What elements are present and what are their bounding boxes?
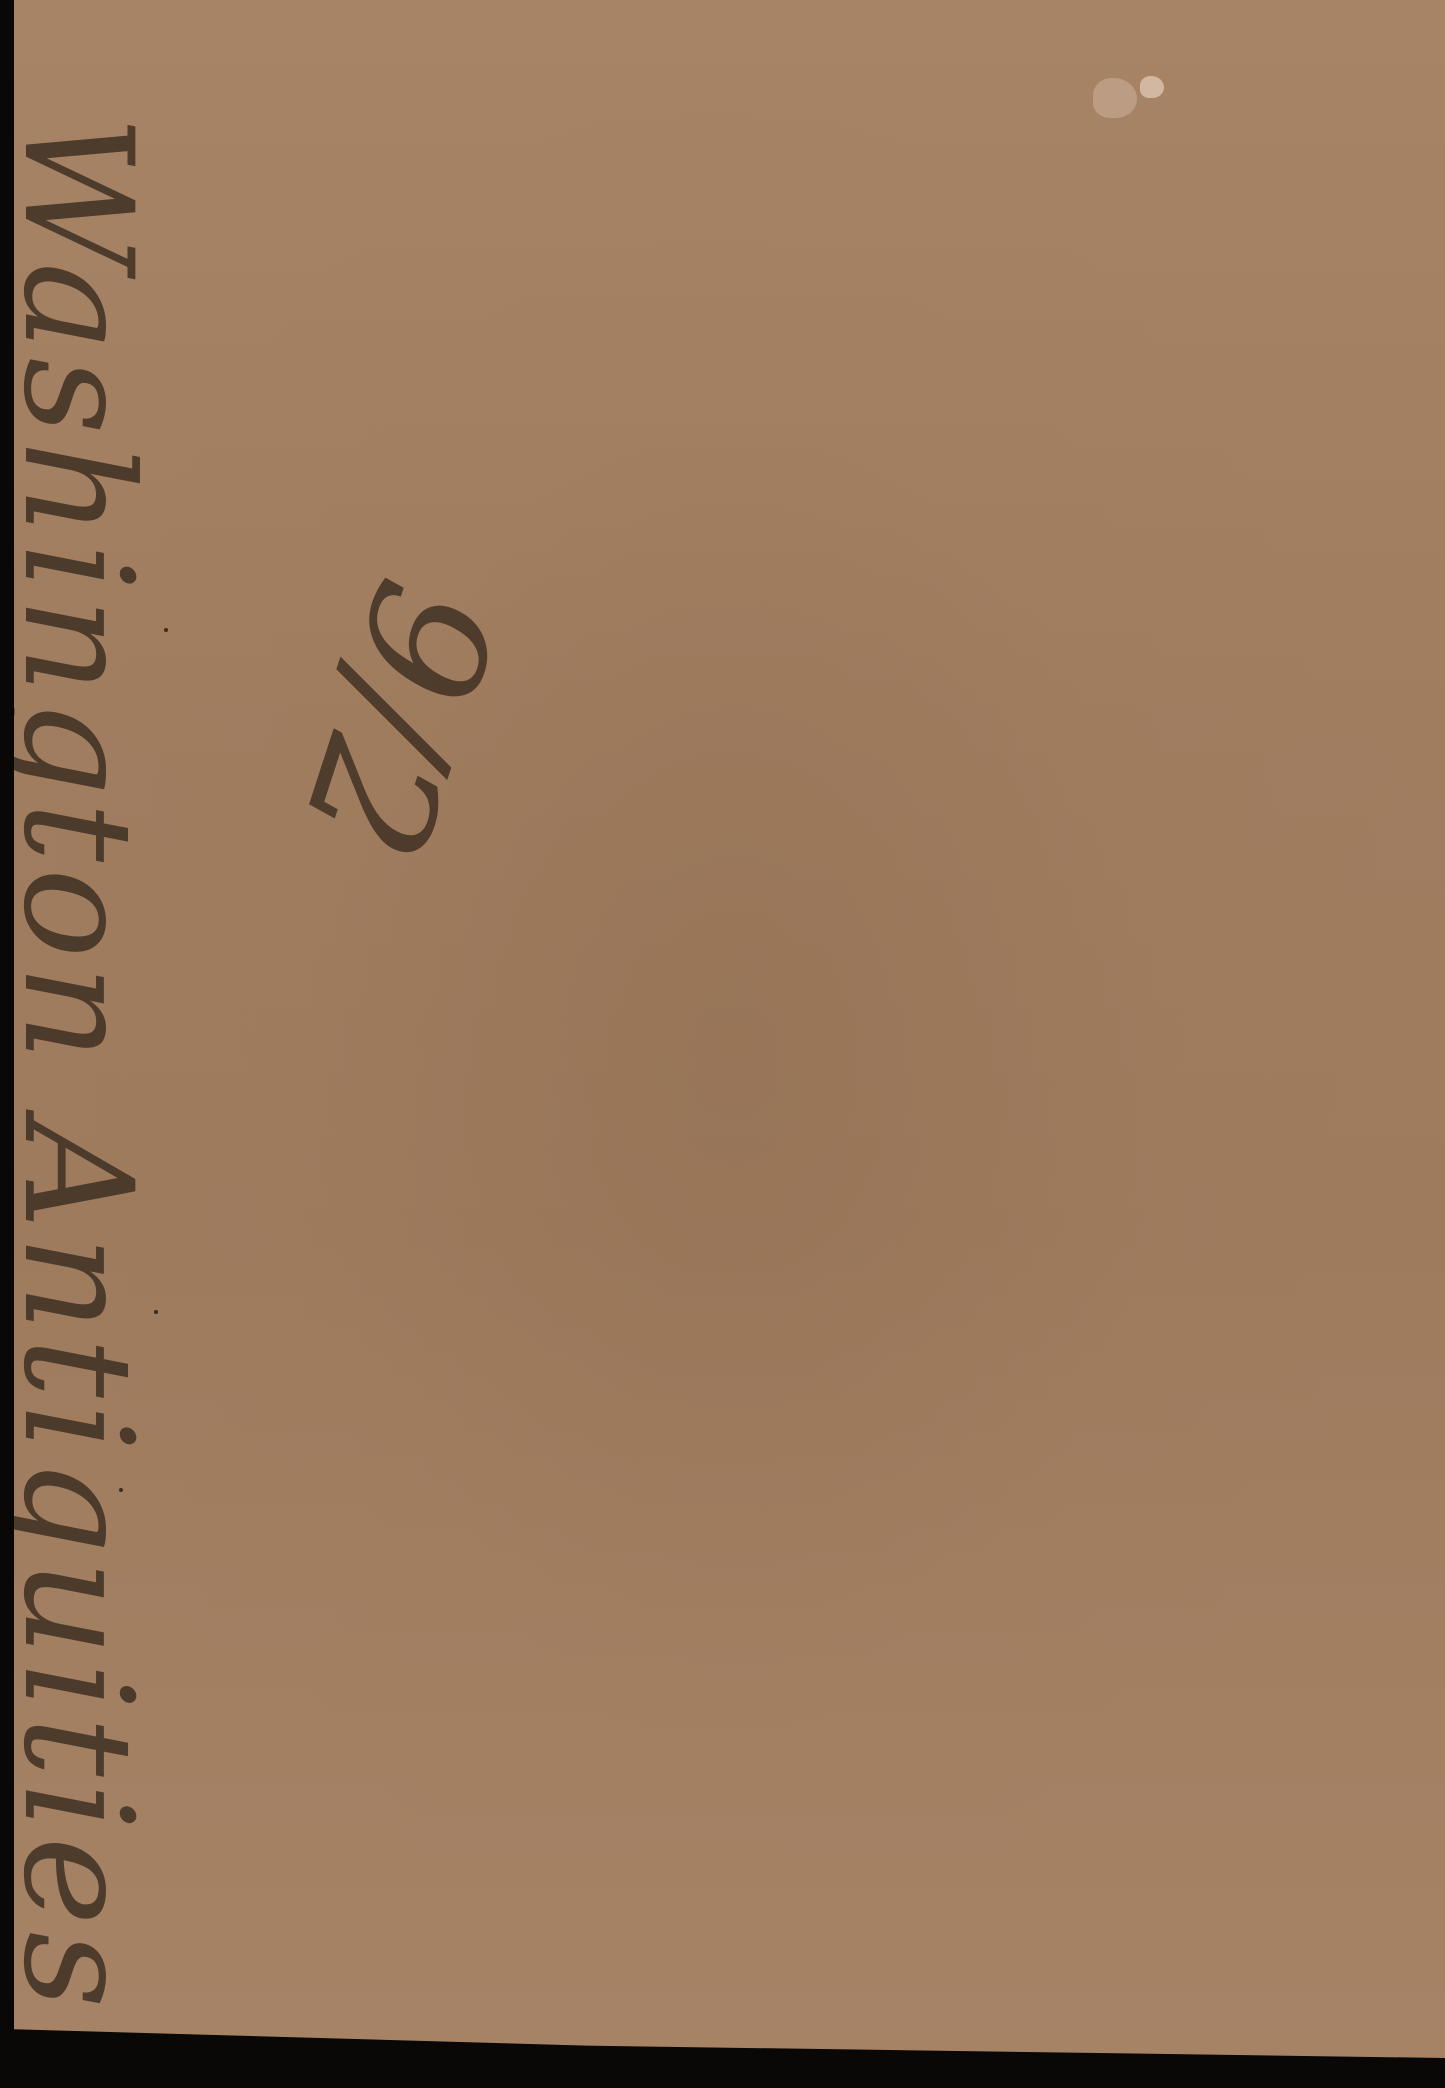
handwritten-mark: 9/2 — [261, 559, 534, 880]
ink-speck — [164, 628, 168, 632]
paper-sheet: Washington Antiquities 9/2 — [14, 0, 1445, 2058]
ink-speck — [119, 1488, 123, 1492]
handwritten-title: Washington Antiquities — [0, 115, 164, 2014]
ink-speck — [154, 1310, 158, 1314]
paper-stain — [1140, 76, 1164, 98]
paper-stain — [1093, 78, 1137, 118]
